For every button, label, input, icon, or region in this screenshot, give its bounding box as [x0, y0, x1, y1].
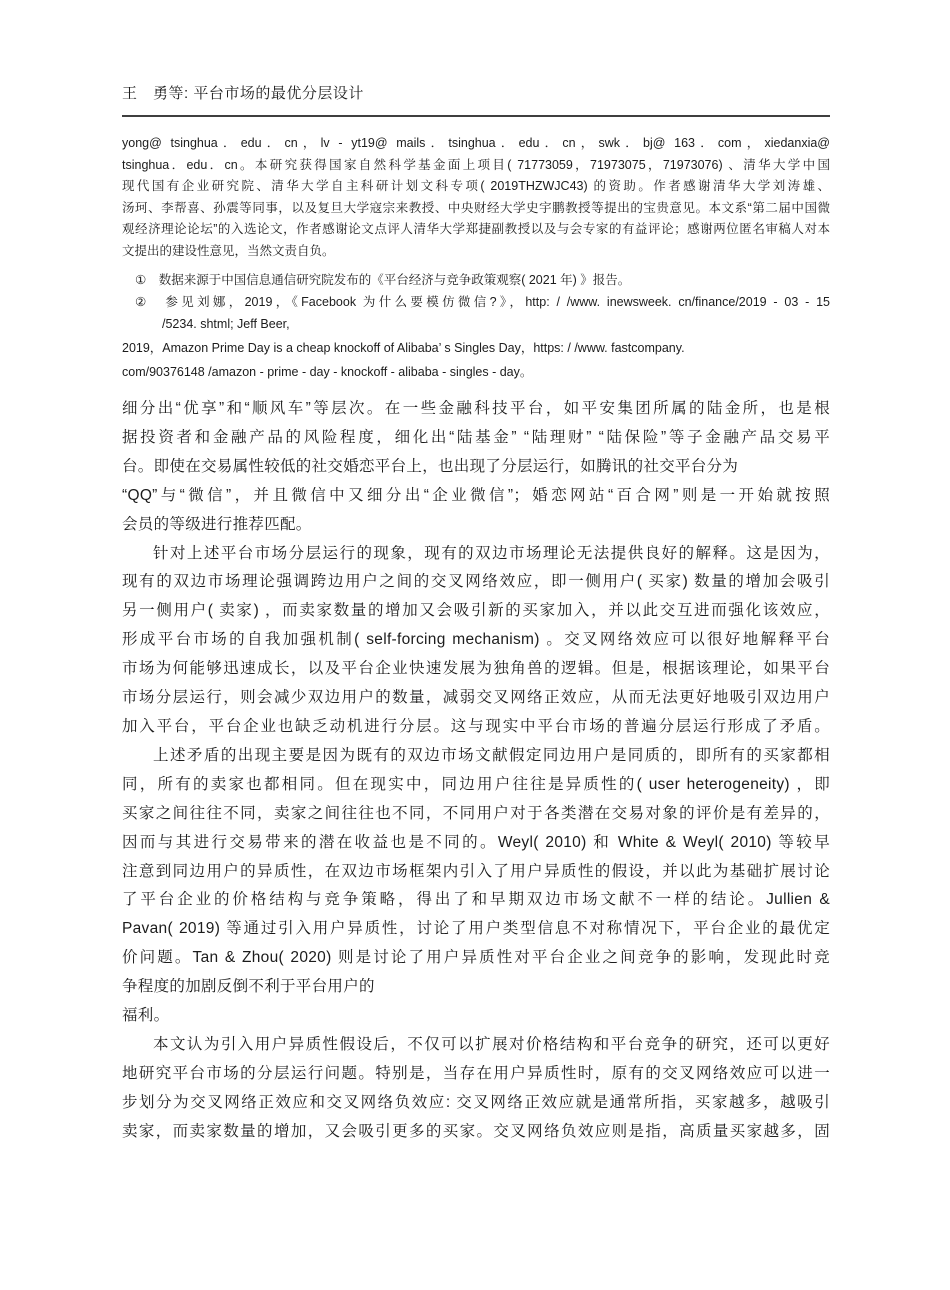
- body-paragraph-3-line: 上述矛盾的出现主要是因为既有的双边市场文献假定同边用户是同质的，即所有的买家都相: [122, 742, 830, 771]
- acknowledgement-line: yong@ tsinghua．edu．cn，lv - yt19@ mails．t…: [122, 133, 830, 155]
- body-text-block: 细分出“优享”和“顺风车”等层次。在一些金融科技平台，如平安集团所属的陆金所，也…: [122, 395, 830, 1147]
- body-paragraph-3-line: 福利。: [122, 1002, 830, 1031]
- body-paragraph-1-line: 会员的等级进行推荐匹配。: [122, 511, 830, 540]
- body-paragraph-3-line: 价问题。Tan & Zhou( 2020) 则是讨论了用户异质性对平台企业之间竞…: [122, 944, 830, 973]
- body-paragraph-3-line: 买家之间往往不同，卖家之间往往也不同，不同用户对于各类潜在交易对象的评价是有差异…: [122, 800, 830, 829]
- body-paragraph-4-line: 步划分为交叉网络正效应和交叉网络负效应: 交叉网络正效应就是通常所指，买家越多，…: [122, 1089, 830, 1118]
- body-paragraph-3-line: 了平台企业的价格结构与竞争策略，得出了和早期双边市场文献不一样的结论。Julli…: [122, 886, 830, 915]
- footnote-line: com/90376148 /amazon - prime - day - kno…: [122, 361, 830, 383]
- paper-page: 王 勇等: 平台市场的最优分层设计 yong@ tsinghua．edu．cn，…: [0, 0, 950, 1290]
- footnote-line: ② 参见刘娜，2019，《Facebook 为什么要模仿微信?》，http: /…: [122, 291, 830, 313]
- footnote-line: ① 数据来源于中国信息通信研究院发布的《平台经济与竞争政策观察( 2021 年)…: [122, 269, 830, 291]
- body-paragraph-2-line: 市场为何能够迅速成长，以及平台企业快速发展为独角兽的逻辑。但是，根据该理论，如果…: [122, 655, 830, 684]
- body-paragraph-3-line: 注意到同边用户的异质性，在双边市场框架内引入了用户异质性的假设，并以此为基础扩展…: [122, 858, 830, 887]
- body-paragraph-1-line: 细分出“优享”和“顺风车”等层次。在一些金融科技平台，如平安集团所属的陆金所，也…: [122, 395, 830, 424]
- acknowledgement-line: tsinghua．edu．cn。本研究获得国家自然科学基金面上项目( 71773…: [122, 155, 830, 177]
- body-paragraph-3-line: 同，所有的卖家也都相同。但在现实中，同边用户往往是异质性的( user hete…: [122, 771, 830, 800]
- running-head: 王 勇等: 平台市场的最优分层设计: [122, 84, 830, 104]
- footnote-line: 2019，Amazon Prime Day is a cheap knockof…: [122, 337, 830, 359]
- footnote-block: ① 数据来源于中国信息通信研究院发布的《平台经济与竞争政策观察( 2021 年)…: [122, 269, 830, 383]
- body-paragraph-3-line: Pavan( 2019) 等通过引入用户异质性，讨论了用户类型信息不对称情况下，…: [122, 915, 830, 944]
- body-paragraph-2-line: 现有的双边市场理论强调跨边用户之间的交叉网络效应，即一侧用户( 买家) 数量的增…: [122, 568, 830, 597]
- acknowledgement-line: 现代国有企业研究院、清华大学自主科研计划文科专项( 2019THZWJC43) …: [122, 176, 830, 198]
- body-paragraph-2-line: 加入平台，平台企业也缺乏动机进行分层。这与现实中平台市场的普遍分层运行形成了矛盾…: [122, 713, 830, 742]
- body-paragraph-2-line: 形成平台市场的自我加强机制( self-forcing mechanism) 。…: [122, 626, 830, 655]
- body-paragraph-4-line: 本文认为引入用户异质性假设后，不仅可以扩展对价格结构和平台竞争的研究，还可以更好: [122, 1031, 830, 1060]
- body-paragraph-3-line: 因而与其进行交易带来的潜在收益也是不同的。Weyl( 2010) 和 White…: [122, 829, 830, 858]
- body-paragraph-4-line: 卖家，而卖家数量的增加，又会吸引更多的买家。交叉网络负效应则是指，高质量买家越多…: [122, 1118, 830, 1147]
- page-content-column: 王 勇等: 平台市场的最优分层设计 yong@ tsinghua．edu．cn，…: [122, 0, 830, 1147]
- body-paragraph-1-line: 台。即使在交易属性较低的社交婚恋平台上，也出现了分层运行，如腾讯的社交平台分为: [122, 453, 830, 482]
- body-paragraph-4-line: 地研究平台市场的分层运行问题。特别是，当存在用户异质性时，原有的交叉网络效应可以…: [122, 1060, 830, 1089]
- acknowledgement-block: yong@ tsinghua．edu．cn，lv - yt19@ mails．t…: [122, 133, 830, 262]
- body-paragraph-2-line: 另一侧用户( 卖家) ，而卖家数量的增加又会吸引新的买家加入，并以此交互进而强化…: [122, 597, 830, 626]
- body-paragraph-2-line: 针对上述平台市场分层运行的现象，现有的双边市场理论无法提供良好的解释。这是因为，: [122, 540, 830, 569]
- footnote-line: /5234. shtml; Jeff Beer,: [122, 313, 830, 335]
- body-paragraph-3-line: 争程度的加剧反倒不利于平台用户的: [122, 973, 830, 1002]
- body-paragraph-1-line: 据投资者和金融产品的风险程度，细化出“陆基金” “陆理财” “陆保险”等子金融产…: [122, 424, 830, 453]
- acknowledgement-line: 文提出的建设性意见，当然文责自负。: [122, 241, 830, 263]
- body-paragraph-1-line: “QQ”与“微信”，并且微信中又细分出“企业微信”；婚恋网站“百合网”则是一开始…: [122, 482, 830, 511]
- header-rule: [122, 115, 830, 117]
- body-paragraph-2-line: 市场分层运行，则会减少双边用户的数量，减弱交叉网络正效应，从而无法更好地吸引双边…: [122, 684, 830, 713]
- acknowledgement-line: 观经济理论论坛”的入选论文，作者感谢论文点评人清华大学郑捷副教授以及与会专家的有…: [122, 219, 830, 241]
- acknowledgement-line: 汤珂、李帮喜、孙震等同事，以及复旦大学寇宗来教授、中央财经大学史宇鹏教授等提出的…: [122, 198, 830, 220]
